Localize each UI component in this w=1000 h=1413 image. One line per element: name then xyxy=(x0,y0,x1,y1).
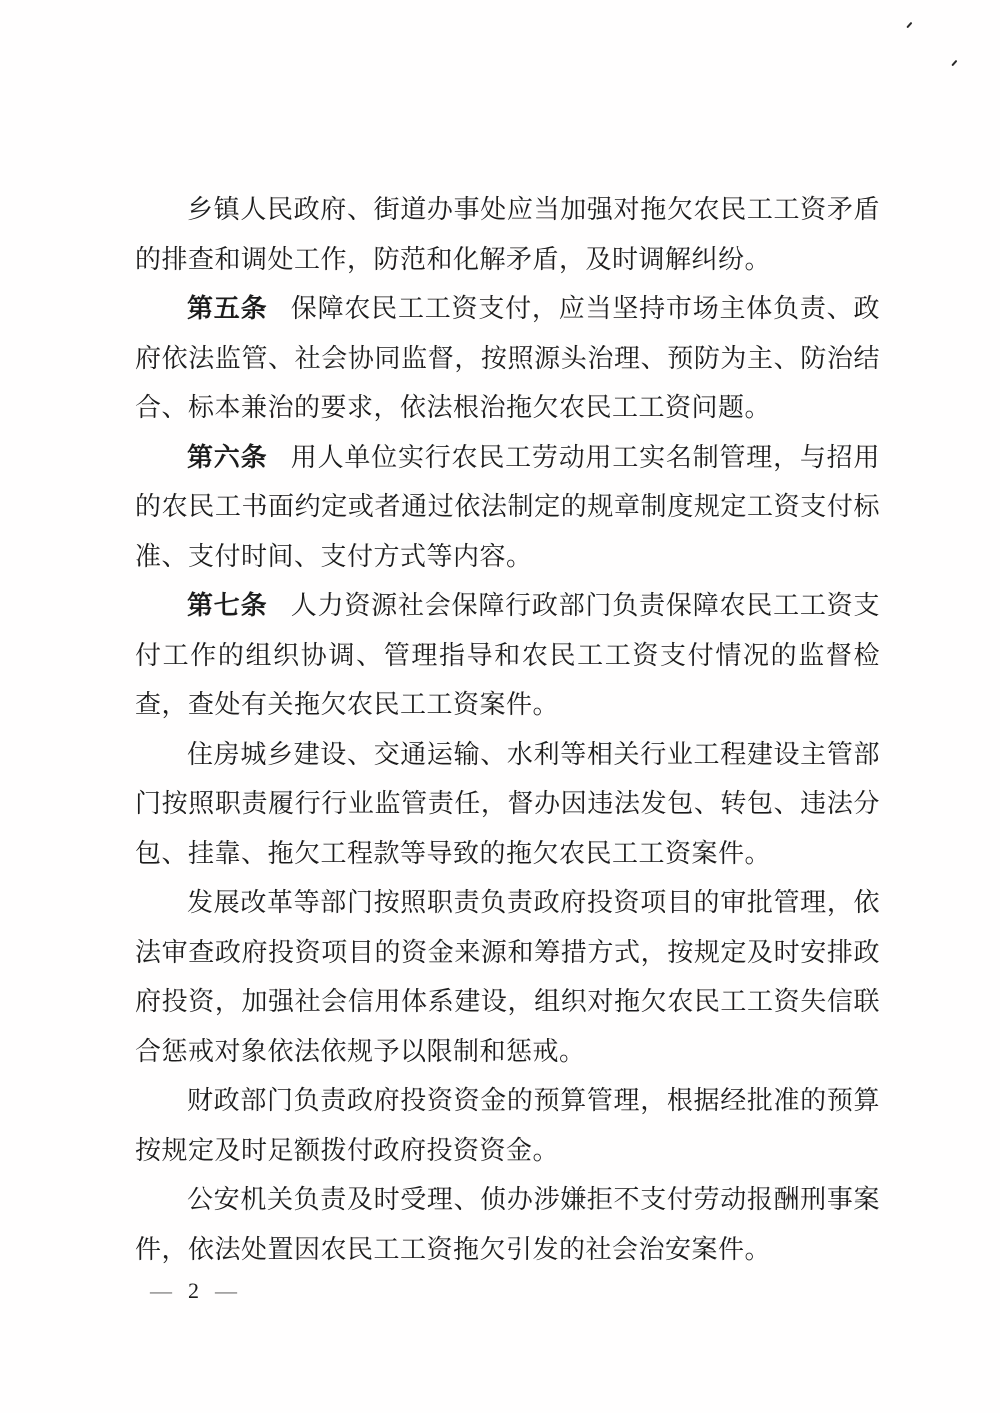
line-text: 公安机关负责及时受理、侦办涉嫌拒不支付劳动报酬刑事案 xyxy=(187,1185,880,1214)
line-text: 的农民工书面约定或者通过依法制定的规章制度规定工资支付标 xyxy=(135,492,880,521)
text-line: 住房城乡建设、交通运输、水利等相关行业工程建设主管部 xyxy=(135,730,880,780)
line-text: 件，依法处置因农民工工资拖欠引发的社会治安案件。 xyxy=(135,1235,771,1264)
line-text: 乡镇人民政府、街道办事处应当加强对拖欠农民工工资矛盾 xyxy=(187,195,880,224)
line-text: 府依法监管、社会协同监督，按照源头治理、预防为主、防治结 xyxy=(135,344,880,373)
article-number: 第六条 xyxy=(187,443,267,472)
line-text: 人力资源社会保障行政部门负责保障农民工工资支 xyxy=(291,591,880,620)
text-line: 乡镇人民政府、街道办事处应当加强对拖欠农民工工资矛盾 xyxy=(135,185,880,235)
line-text: 查，查处有关拖欠农民工工资案件。 xyxy=(135,690,559,719)
text-line: 查，查处有关拖欠农民工工资案件。 xyxy=(135,680,880,730)
text-line: 第六条用人单位实行农民工劳动用工实名制管理，与招用 xyxy=(135,433,880,483)
text-line: 府投资，加强社会信用体系建设，组织对拖欠农民工工资失信联 xyxy=(135,977,880,1027)
text-line: 门按照职责履行行业监管责任，督办因违法发包、转包、违法分 xyxy=(135,779,880,829)
document-page: 乡镇人民政府、街道办事处应当加强对拖欠农民工工资矛盾 的排查和调处工作，防范和化… xyxy=(0,0,1000,1413)
text-line: 准、支付时间、支付方式等内容。 xyxy=(135,532,880,582)
line-text: 门按照职责履行行业监管责任，督办因违法发包、转包、违法分 xyxy=(135,789,880,818)
line-text: 的排查和调处工作，防范和化解矛盾，及时调解纠纷。 xyxy=(135,245,771,274)
text-line: 包、挂靠、拖欠工程款等导致的拖欠农民工工资案件。 xyxy=(135,829,880,879)
line-text: 合惩戒对象依法依规予以限制和惩戒。 xyxy=(135,1037,586,1066)
line-text: 按规定及时足额拨付政府投资资金。 xyxy=(135,1136,559,1165)
page-number-dash-right: — xyxy=(215,1278,237,1303)
text-line: 发展改革等部门按照职责负责政府投资项目的审批管理，依 xyxy=(135,878,880,928)
page-number-value: 2 xyxy=(188,1278,199,1303)
line-text: 府投资，加强社会信用体系建设，组织对拖欠农民工工资失信联 xyxy=(135,987,880,1016)
line-text: 财政部门负责政府投资资金的预算管理，根据经批准的预算 xyxy=(187,1086,880,1115)
text-line: 第七条人力资源社会保障行政部门负责保障农民工工资支 xyxy=(135,581,880,631)
text-line: 的排查和调处工作，防范和化解矛盾，及时调解纠纷。 xyxy=(135,235,880,285)
line-text: 准、支付时间、支付方式等内容。 xyxy=(135,542,533,571)
text-line: 府依法监管、社会协同监督，按照源头治理、预防为主、防治结 xyxy=(135,334,880,384)
text-line: 付工作的组织协调、管理指导和农民工工资支付情况的监督检 xyxy=(135,631,880,681)
ink-speck xyxy=(906,22,912,29)
line-text: 合、标本兼治的要求，依法根治拖欠农民工工资问题。 xyxy=(135,393,771,422)
line-text: 用人单位实行农民工劳动用工实名制管理，与招用 xyxy=(291,443,880,472)
line-text: 包、挂靠、拖欠工程款等导致的拖欠农民工工资案件。 xyxy=(135,839,771,868)
text-line: 的农民工书面约定或者通过依法制定的规章制度规定工资支付标 xyxy=(135,482,880,532)
article-number: 第五条 xyxy=(187,294,267,323)
text-line: 合、标本兼治的要求，依法根治拖欠农民工工资问题。 xyxy=(135,383,880,433)
line-text: 发展改革等部门按照职责负责政府投资项目的审批管理，依 xyxy=(187,888,880,917)
text-line: 合惩戒对象依法依规予以限制和惩戒。 xyxy=(135,1027,880,1077)
text-line: 件，依法处置因农民工工资拖欠引发的社会治安案件。 xyxy=(135,1225,880,1275)
article-number: 第七条 xyxy=(187,591,267,620)
text-line: 财政部门负责政府投资资金的预算管理，根据经批准的预算 xyxy=(135,1076,880,1126)
text-line: 按规定及时足额拨付政府投资资金。 xyxy=(135,1126,880,1176)
text-line: 第五条保障农民工工资支付，应当坚持市场主体负责、政 xyxy=(135,284,880,334)
line-text: 保障农民工工资支付，应当坚持市场主体负责、政 xyxy=(291,294,880,323)
line-text: 法审查政府投资项目的资金来源和筹措方式，按规定及时安排政 xyxy=(135,938,880,967)
page-number-dash-left: — xyxy=(150,1278,172,1303)
text-line: 法审查政府投资项目的资金来源和筹措方式，按规定及时安排政 xyxy=(135,928,880,978)
ink-speck xyxy=(951,60,957,67)
line-text: 付工作的组织协调、管理指导和农民工工资支付情况的监督检 xyxy=(135,641,880,670)
page-number: —2— xyxy=(150,1276,237,1306)
document-body: 乡镇人民政府、街道办事处应当加强对拖欠农民工工资矛盾 的排查和调处工作，防范和化… xyxy=(135,185,880,1274)
line-text: 住房城乡建设、交通运输、水利等相关行业工程建设主管部 xyxy=(187,740,880,769)
text-line: 公安机关负责及时受理、侦办涉嫌拒不支付劳动报酬刑事案 xyxy=(135,1175,880,1225)
